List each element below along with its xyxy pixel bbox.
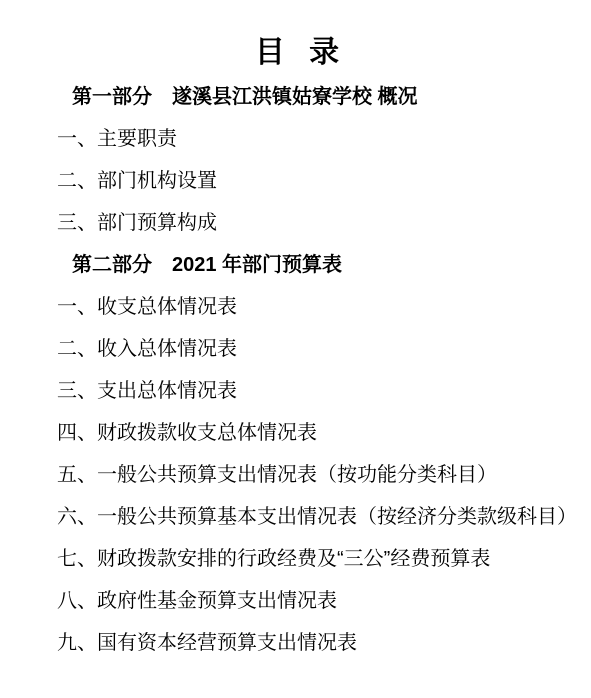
toc-item: 七、财政拨款安排的行政经费及“三公”经费预算表 <box>17 538 578 580</box>
page-title: 目 录 <box>17 30 578 76</box>
toc-item: 六、一般公共预算基本支出情况表（按经济分类款级科目） <box>17 496 578 538</box>
toc-item: 一、主要职责 <box>17 118 578 160</box>
toc-page: 目 录 第一部分 遂溪县江洪镇姑寮学校 概况 一、主要职责 二、部门机构设置 三… <box>0 0 591 698</box>
toc-item: 一、收支总体情况表 <box>17 286 578 328</box>
toc-item: 三、支出总体情况表 <box>17 370 578 412</box>
toc-item: 二、收入总体情况表 <box>17 328 578 370</box>
toc-item: 四、财政拨款收支总体情况表 <box>17 412 578 454</box>
toc-item: 九、国有资本经营预算支出情况表 <box>17 622 578 664</box>
section-heading-part2: 第二部分 2021 年部门预算表 <box>17 244 578 286</box>
toc-item: 八、政府性基金预算支出情况表 <box>17 580 578 622</box>
toc-item: 二、部门机构设置 <box>17 160 578 202</box>
toc-item: 五、一般公共预算支出情况表（按功能分类科目） <box>17 454 578 496</box>
section-heading-part1: 第一部分 遂溪县江洪镇姑寮学校 概况 <box>17 76 578 118</box>
toc-item: 三、部门预算构成 <box>17 202 578 244</box>
